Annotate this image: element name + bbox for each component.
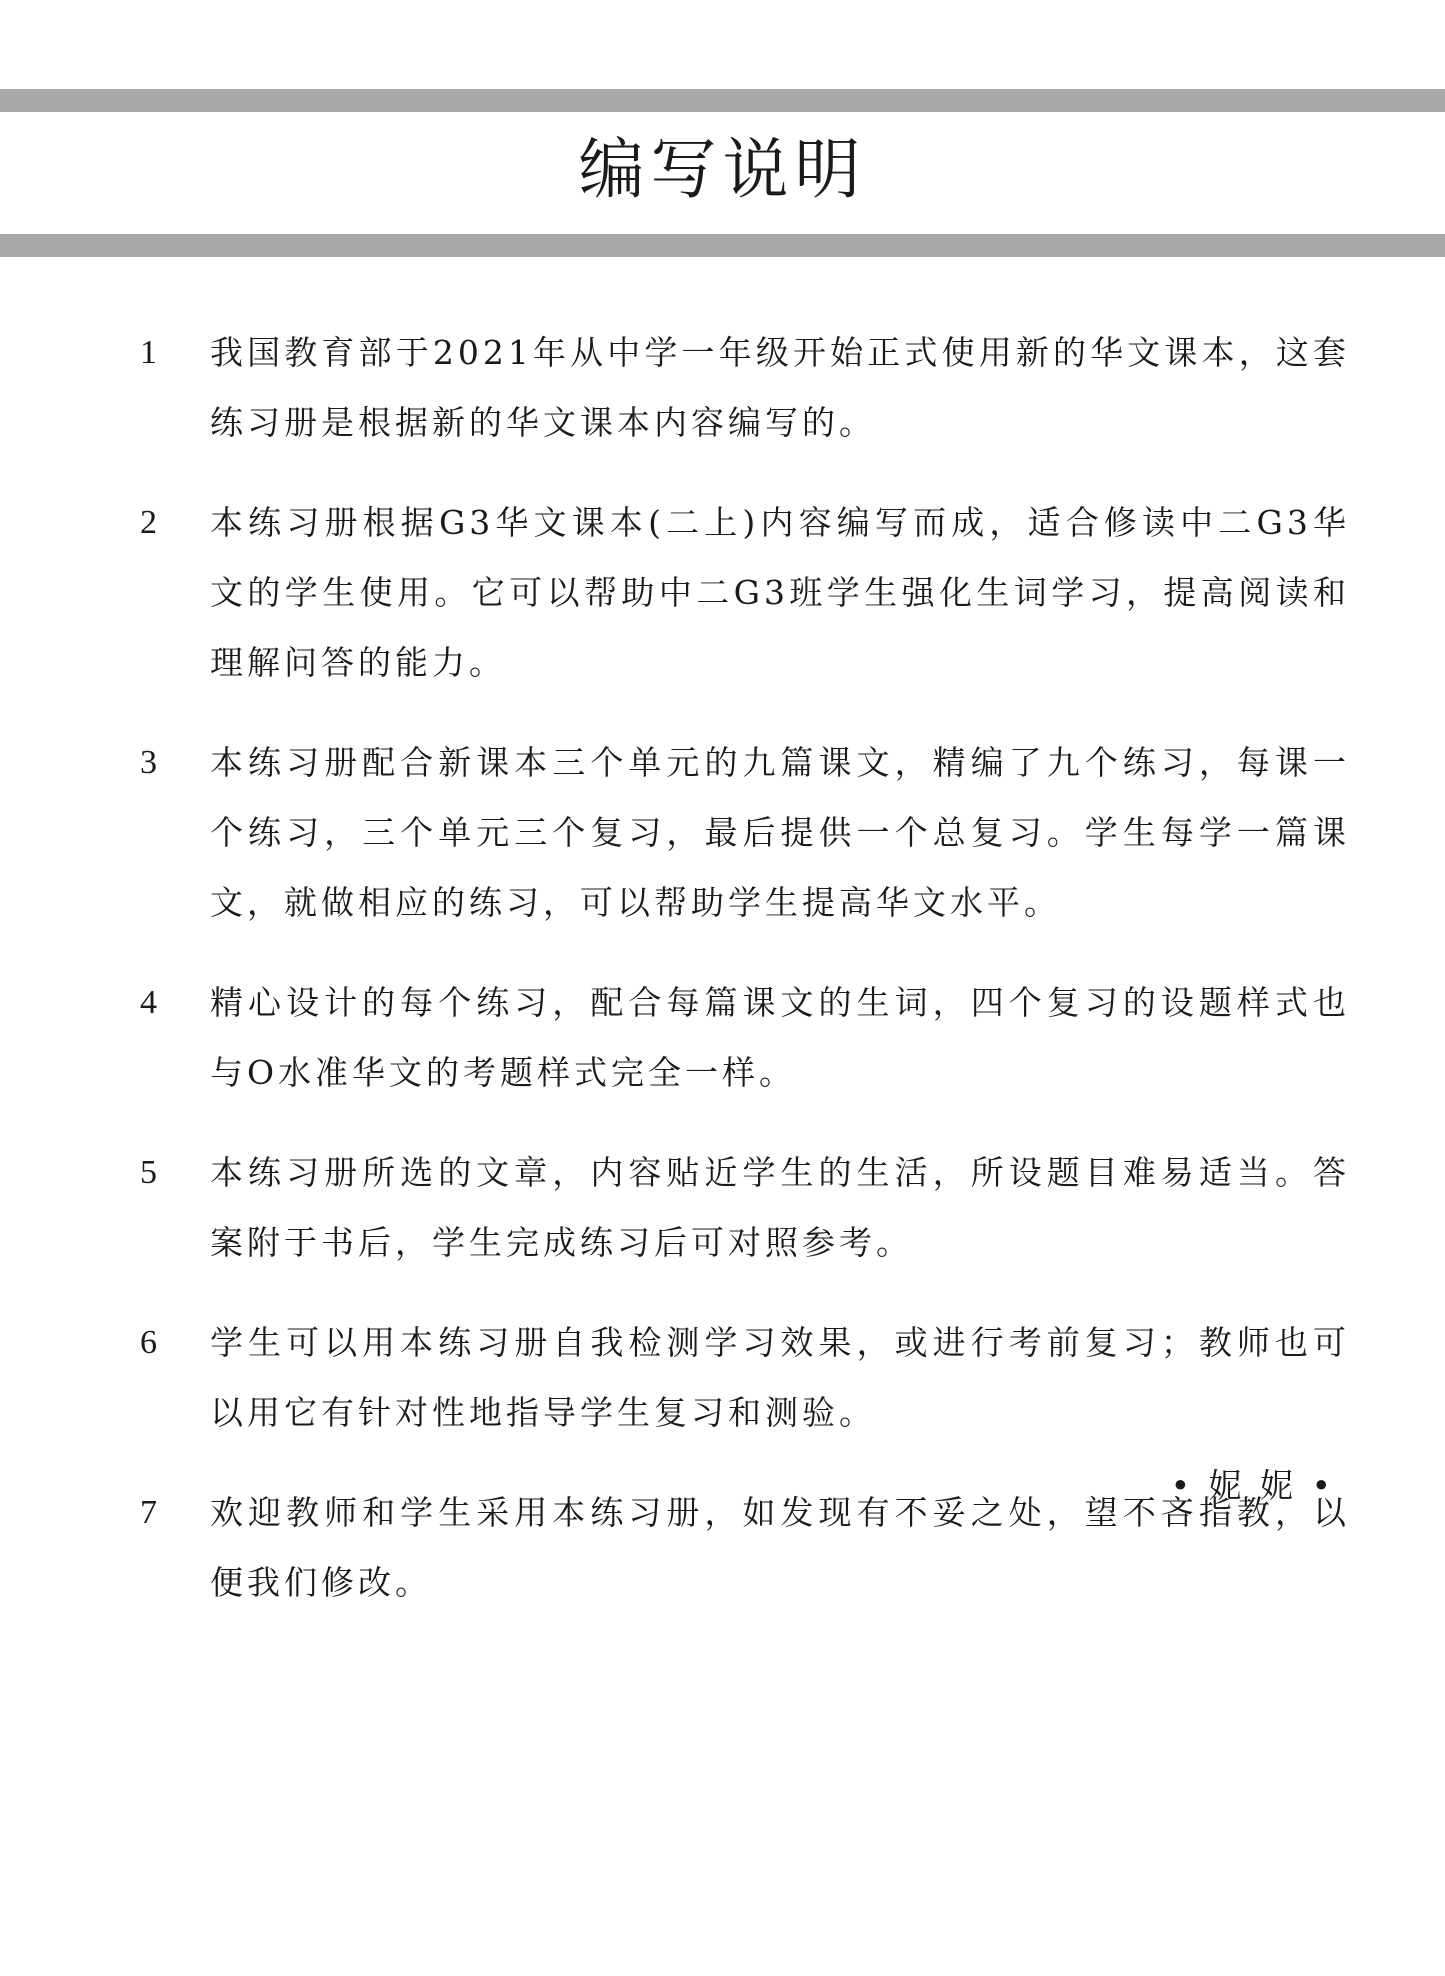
page-title: 编写说明 bbox=[0, 130, 1445, 210]
list-item: 5 本练习册所选的文章，内容贴近学生的生活，所设题目难易适当。答案附于书后，学生… bbox=[140, 1138, 1350, 1278]
header-top-bar bbox=[0, 89, 1445, 112]
item-number: 6 bbox=[140, 1308, 210, 1448]
list-item: 6 学生可以用本练习册自我检测学习效果，或进行考前复习；教师也可以用它有针对性地… bbox=[140, 1308, 1350, 1448]
item-number: 7 bbox=[140, 1478, 210, 1618]
list-item: 3 本练习册配合新课本三个单元的九篇课文，精编了九个练习，每课一个练习，三个单元… bbox=[140, 728, 1350, 938]
item-number: 5 bbox=[140, 1138, 210, 1278]
header-bottom-bar bbox=[0, 234, 1445, 257]
list-item: 1 我国教育部于2021年从中学一年级开始正式使用新的华文课本，这套练习册是根据… bbox=[140, 318, 1350, 458]
item-number: 4 bbox=[140, 968, 210, 1108]
instructions-list: 1 我国教育部于2021年从中学一年级开始正式使用新的华文课本，这套练习册是根据… bbox=[140, 318, 1350, 1648]
author-signature: • 妮 妮 • bbox=[1171, 1460, 1335, 1507]
item-text: 我国教育部于2021年从中学一年级开始正式使用新的华文课本，这套练习册是根据新的… bbox=[210, 318, 1350, 458]
list-item: 2 本练习册根据G3华文课本(二上)内容编写而成，适合修读中二G3华文的学生使用… bbox=[140, 488, 1350, 698]
item-text: 精心设计的每个练习，配合每篇课文的生词，四个复习的设题样式也与O水准华文的考题样… bbox=[210, 968, 1350, 1108]
item-number: 2 bbox=[140, 488, 210, 698]
item-number: 1 bbox=[140, 318, 210, 458]
list-item: 4 精心设计的每个练习，配合每篇课文的生词，四个复习的设题样式也与O水准华文的考… bbox=[140, 968, 1350, 1108]
item-text: 本练习册配合新课本三个单元的九篇课文，精编了九个练习，每课一个练习，三个单元三个… bbox=[210, 728, 1350, 938]
item-number: 3 bbox=[140, 728, 210, 938]
list-item: 7 欢迎教师和学生采用本练习册，如发现有不妥之处，望不吝指教，以便我们修改。 bbox=[140, 1478, 1350, 1618]
item-text: 学生可以用本练习册自我检测学习效果，或进行考前复习；教师也可以用它有针对性地指导… bbox=[210, 1308, 1350, 1448]
item-text: 本练习册根据G3华文课本(二上)内容编写而成，适合修读中二G3华文的学生使用。它… bbox=[210, 488, 1350, 698]
item-text: 本练习册所选的文章，内容贴近学生的生活，所设题目难易适当。答案附于书后，学生完成… bbox=[210, 1138, 1350, 1278]
